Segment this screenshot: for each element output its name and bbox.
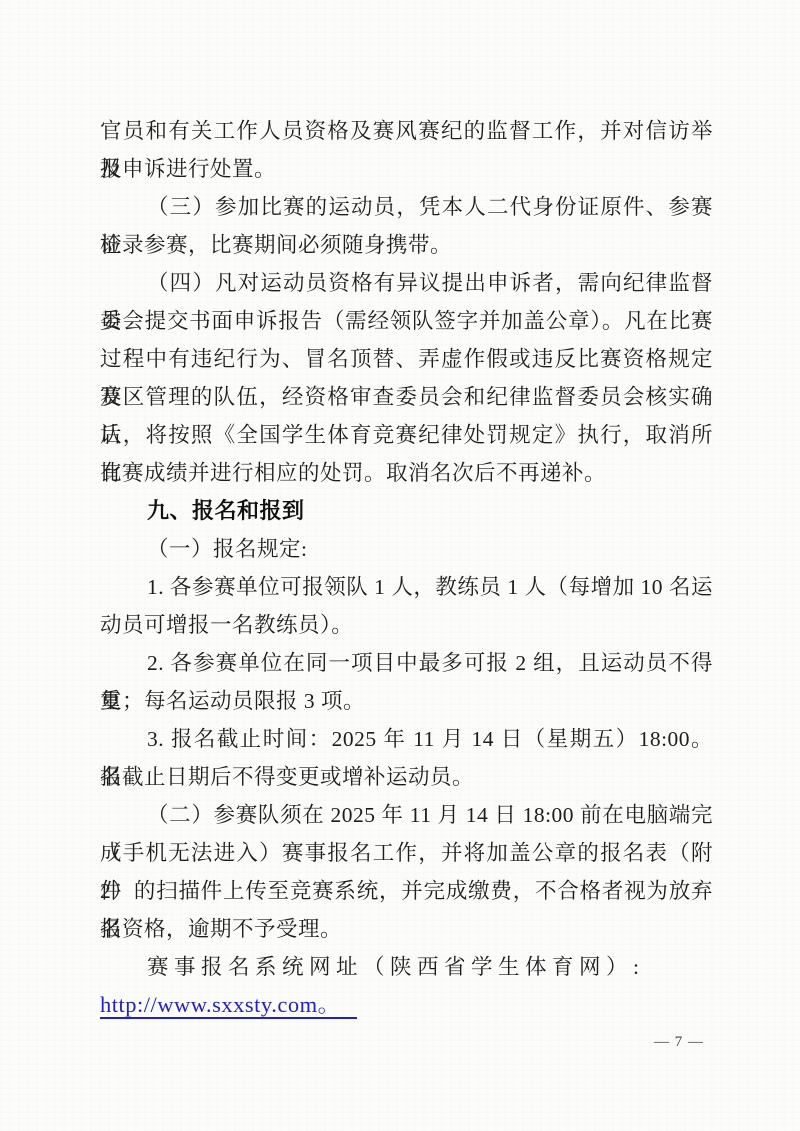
text-line: 名资格，逾期不予受理。 bbox=[100, 910, 713, 948]
text-line: （三）参加比赛的运动员，凭本人二代身份证原件、参赛证 bbox=[100, 188, 713, 226]
document-text-block: 官员和有关工作人员资格及赛风赛纪的监督工作，并对信访举报 及申诉进行处置。 （三… bbox=[100, 112, 713, 1024]
text-line: 名截止日期后不得变更或增补运动员。 bbox=[100, 758, 713, 796]
document-page: { "doc": { "lines": [ "官员和有关工作人员资格及赛风赛纪的… bbox=[0, 0, 800, 1131]
text-line: 1. 各参赛单位可报领队 1 人，教练员 1 人（每增加 10 名运 bbox=[100, 568, 713, 606]
text-line: 赛区管理的队伍，经资格审查委员会和纪律监督委员会核实确认 bbox=[100, 378, 713, 416]
text-line: 员会提交书面申诉报告（需经领队签字并加盖公章）。凡在比赛 bbox=[100, 302, 713, 340]
text-line: （一）报名规定: bbox=[100, 530, 713, 568]
text-line: （二）参赛队须在 2025 年 11 月 14 日 18:00 前在电脑端完成 bbox=[100, 796, 713, 834]
text-line: 检录参赛，比赛期间必须随身携带。 bbox=[100, 226, 713, 264]
page-number: — 7 — bbox=[654, 1034, 704, 1051]
registration-url-link[interactable]: http://www.sxxsty.com。 bbox=[100, 992, 357, 1019]
text-line: 及申诉进行处置。 bbox=[100, 150, 713, 188]
text-line: 动员可增报一名教练员）。 bbox=[100, 606, 713, 644]
text-line: 过程中有违纪行为、冒名顶替、弄虚作假或违反比赛资格规定及 bbox=[100, 340, 713, 378]
text-line: http://www.sxxsty.com。 bbox=[100, 986, 713, 1024]
text-line: 2）的扫描件上传至竞赛系统，并完成缴费，不合格者视为放弃报 bbox=[100, 872, 713, 910]
text-line: 后，将按照《全国学生体育竞赛纪律处罚规定》执行，取消所有 bbox=[100, 416, 713, 454]
section-heading-registration: 九、报名和报到 bbox=[100, 492, 713, 530]
text-line: 3. 报名截止时间：2025 年 11 月 14 日（星期五）18:00。报 bbox=[100, 720, 713, 758]
text-line: 官员和有关工作人员资格及赛风赛纪的监督工作，并对信访举报 bbox=[100, 112, 713, 150]
text-line: （四）凡对运动员资格有异议提出申诉者，需向纪律监督委 bbox=[100, 264, 713, 302]
text-line: 复；每名运动员限报 3 项。 bbox=[100, 682, 713, 720]
text-line: 2. 各参赛单位在同一项目中最多可报 2 组，且运动员不得重 bbox=[100, 644, 713, 682]
text-line-registration-site-label: 赛事报名系统网址（陕西省学生体育网）: bbox=[100, 948, 713, 986]
text-line: （手机无法进入）赛事报名工作，并将加盖公章的报名表（附件 bbox=[100, 834, 713, 872]
text-line: 比赛成绩并进行相应的处罚。取消名次后不再递补。 bbox=[100, 454, 713, 492]
